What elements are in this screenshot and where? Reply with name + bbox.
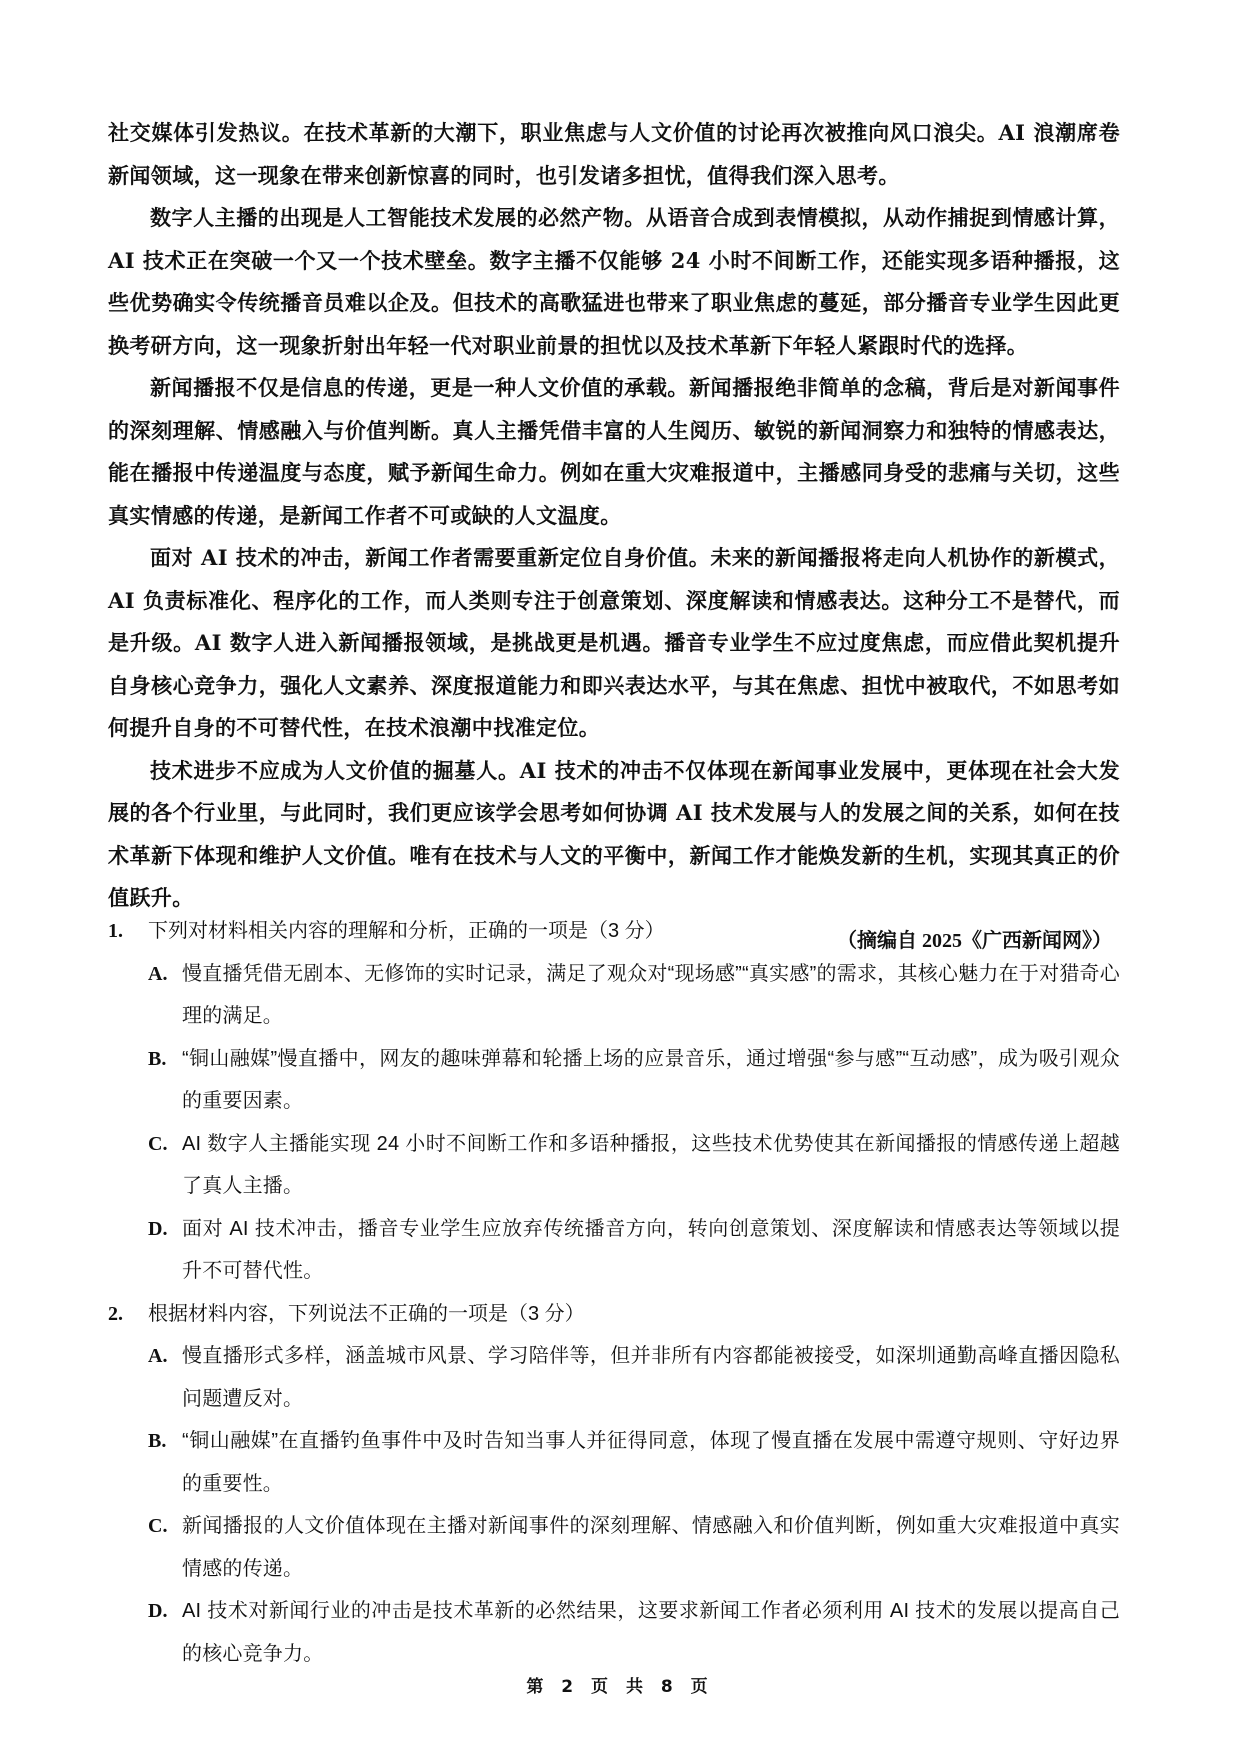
option-label: A. [148,1335,182,1420]
exam-page: 社交媒体引发热议。在技术革新的大潮下，职业焦虑与人文价值的讨论再次被推向风口浪尖… [0,0,1240,1753]
passage-paragraph: 面对 AI 技术的冲击，新闻工作者需要重新定位自身价值。未来的新闻播报将走向人机… [108,537,1120,750]
option-text: 新闻播报的人文价值体现在主播对新闻事件的深刻理解、情感融入和价值判断，例如重大灾… [182,1505,1120,1590]
option-b: B. “铜山融媒”慢直播中，网友的趣味弹幕和轮播上场的应景音乐，通过增强“参与感… [108,1038,1120,1123]
option-text: “铜山融媒”在直播钓鱼事件中及时告知当事人并征得同意，体现了慢直播在发展中需遵守… [182,1420,1120,1505]
passage-paragraph: 技术进步不应成为人文价值的掘墓人。AI 技术的冲击不仅体现在新闻事业发展中，更体… [108,750,1120,920]
option-text: 慢直播凭借无剧本、无修饰的实时记录，满足了观众对“现场感”“真实感”的需求，其核… [182,953,1120,1038]
reading-passage: 社交媒体引发热议。在技术革新的大潮下，职业焦虑与人文价值的讨论再次被推向风口浪尖… [108,112,1120,962]
question-2: 2. 根据材料内容，下列说法不正确的一项是（3 分） A. 慢直播形式多样，涵盖… [108,1293,1120,1676]
page-number-footer: 第 2 页 共 8 页 [0,1672,1240,1697]
option-text: 面对 AI 技术冲击，播音专业学生应放弃传统播音方向，转向创意策划、深度解读和情… [182,1208,1120,1293]
option-b: B. “铜山融媒”在直播钓鱼事件中及时告知当事人并征得同意，体现了慢直播在发展中… [108,1420,1120,1505]
option-label: D. [148,1590,182,1675]
question-stem: 2. 根据材料内容，下列说法不正确的一项是（3 分） [108,1293,1120,1336]
passage-paragraph: 社交媒体引发热议。在技术革新的大潮下，职业焦虑与人文价值的讨论再次被推向风口浪尖… [108,112,1120,197]
option-label: D. [148,1208,182,1293]
passage-paragraph: 新闻播报不仅是信息的传递，更是一种人文价值的承载。新闻播报绝非简单的念稿，背后是… [108,367,1120,537]
option-d: D. AI 技术对新闻行业的冲击是技术革新的必然结果，这要求新闻工作者必须利用 … [108,1590,1120,1675]
option-c: C. AI 数字人主播能实现 24 小时不间断工作和多语种播报，这些技术优势使其… [108,1123,1120,1208]
question-1: 1. 下列对材料相关内容的理解和分析，正确的一项是（3 分） A. 慢直播凭借无… [108,910,1120,1293]
option-a: A. 慢直播凭借无剧本、无修饰的实时记录，满足了观众对“现场感”“真实感”的需求… [108,953,1120,1038]
option-label: B. [148,1038,182,1123]
passage-paragraph: 数字人主播的出现是人工智能技术发展的必然产物。从语音合成到表情模拟，从动作捕捉到… [108,197,1120,367]
question-number: 2. [108,1293,148,1336]
question-text: 下列对材料相关内容的理解和分析，正确的一项是（3 分） [148,910,1120,953]
option-label: C. [148,1123,182,1208]
question-text: 根据材料内容，下列说法不正确的一项是（3 分） [148,1293,1120,1336]
option-text: AI 数字人主播能实现 24 小时不间断工作和多语种播报，这些技术优势使其在新闻… [182,1123,1120,1208]
option-label: C. [148,1505,182,1590]
option-label: A. [148,953,182,1038]
option-label: B. [148,1420,182,1505]
option-text: 慢直播形式多样，涵盖城市风景、学习陪伴等，但并非所有内容都能被接受，如深圳通勤高… [182,1335,1120,1420]
option-text: “铜山融媒”慢直播中，网友的趣味弹幕和轮播上场的应景音乐，通过增强“参与感”“互… [182,1038,1120,1123]
question-list: 1. 下列对材料相关内容的理解和分析，正确的一项是（3 分） A. 慢直播凭借无… [108,910,1120,1675]
question-number: 1. [108,910,148,953]
option-d: D. 面对 AI 技术冲击，播音专业学生应放弃传统播音方向，转向创意策划、深度解… [108,1208,1120,1293]
question-stem: 1. 下列对材料相关内容的理解和分析，正确的一项是（3 分） [108,910,1120,953]
option-a: A. 慢直播形式多样，涵盖城市风景、学习陪伴等，但并非所有内容都能被接受，如深圳… [108,1335,1120,1420]
option-c: C. 新闻播报的人文价值体现在主播对新闻事件的深刻理解、情感融入和价值判断，例如… [108,1505,1120,1590]
option-text: AI 技术对新闻行业的冲击是技术革新的必然结果，这要求新闻工作者必须利用 AI … [182,1590,1120,1675]
